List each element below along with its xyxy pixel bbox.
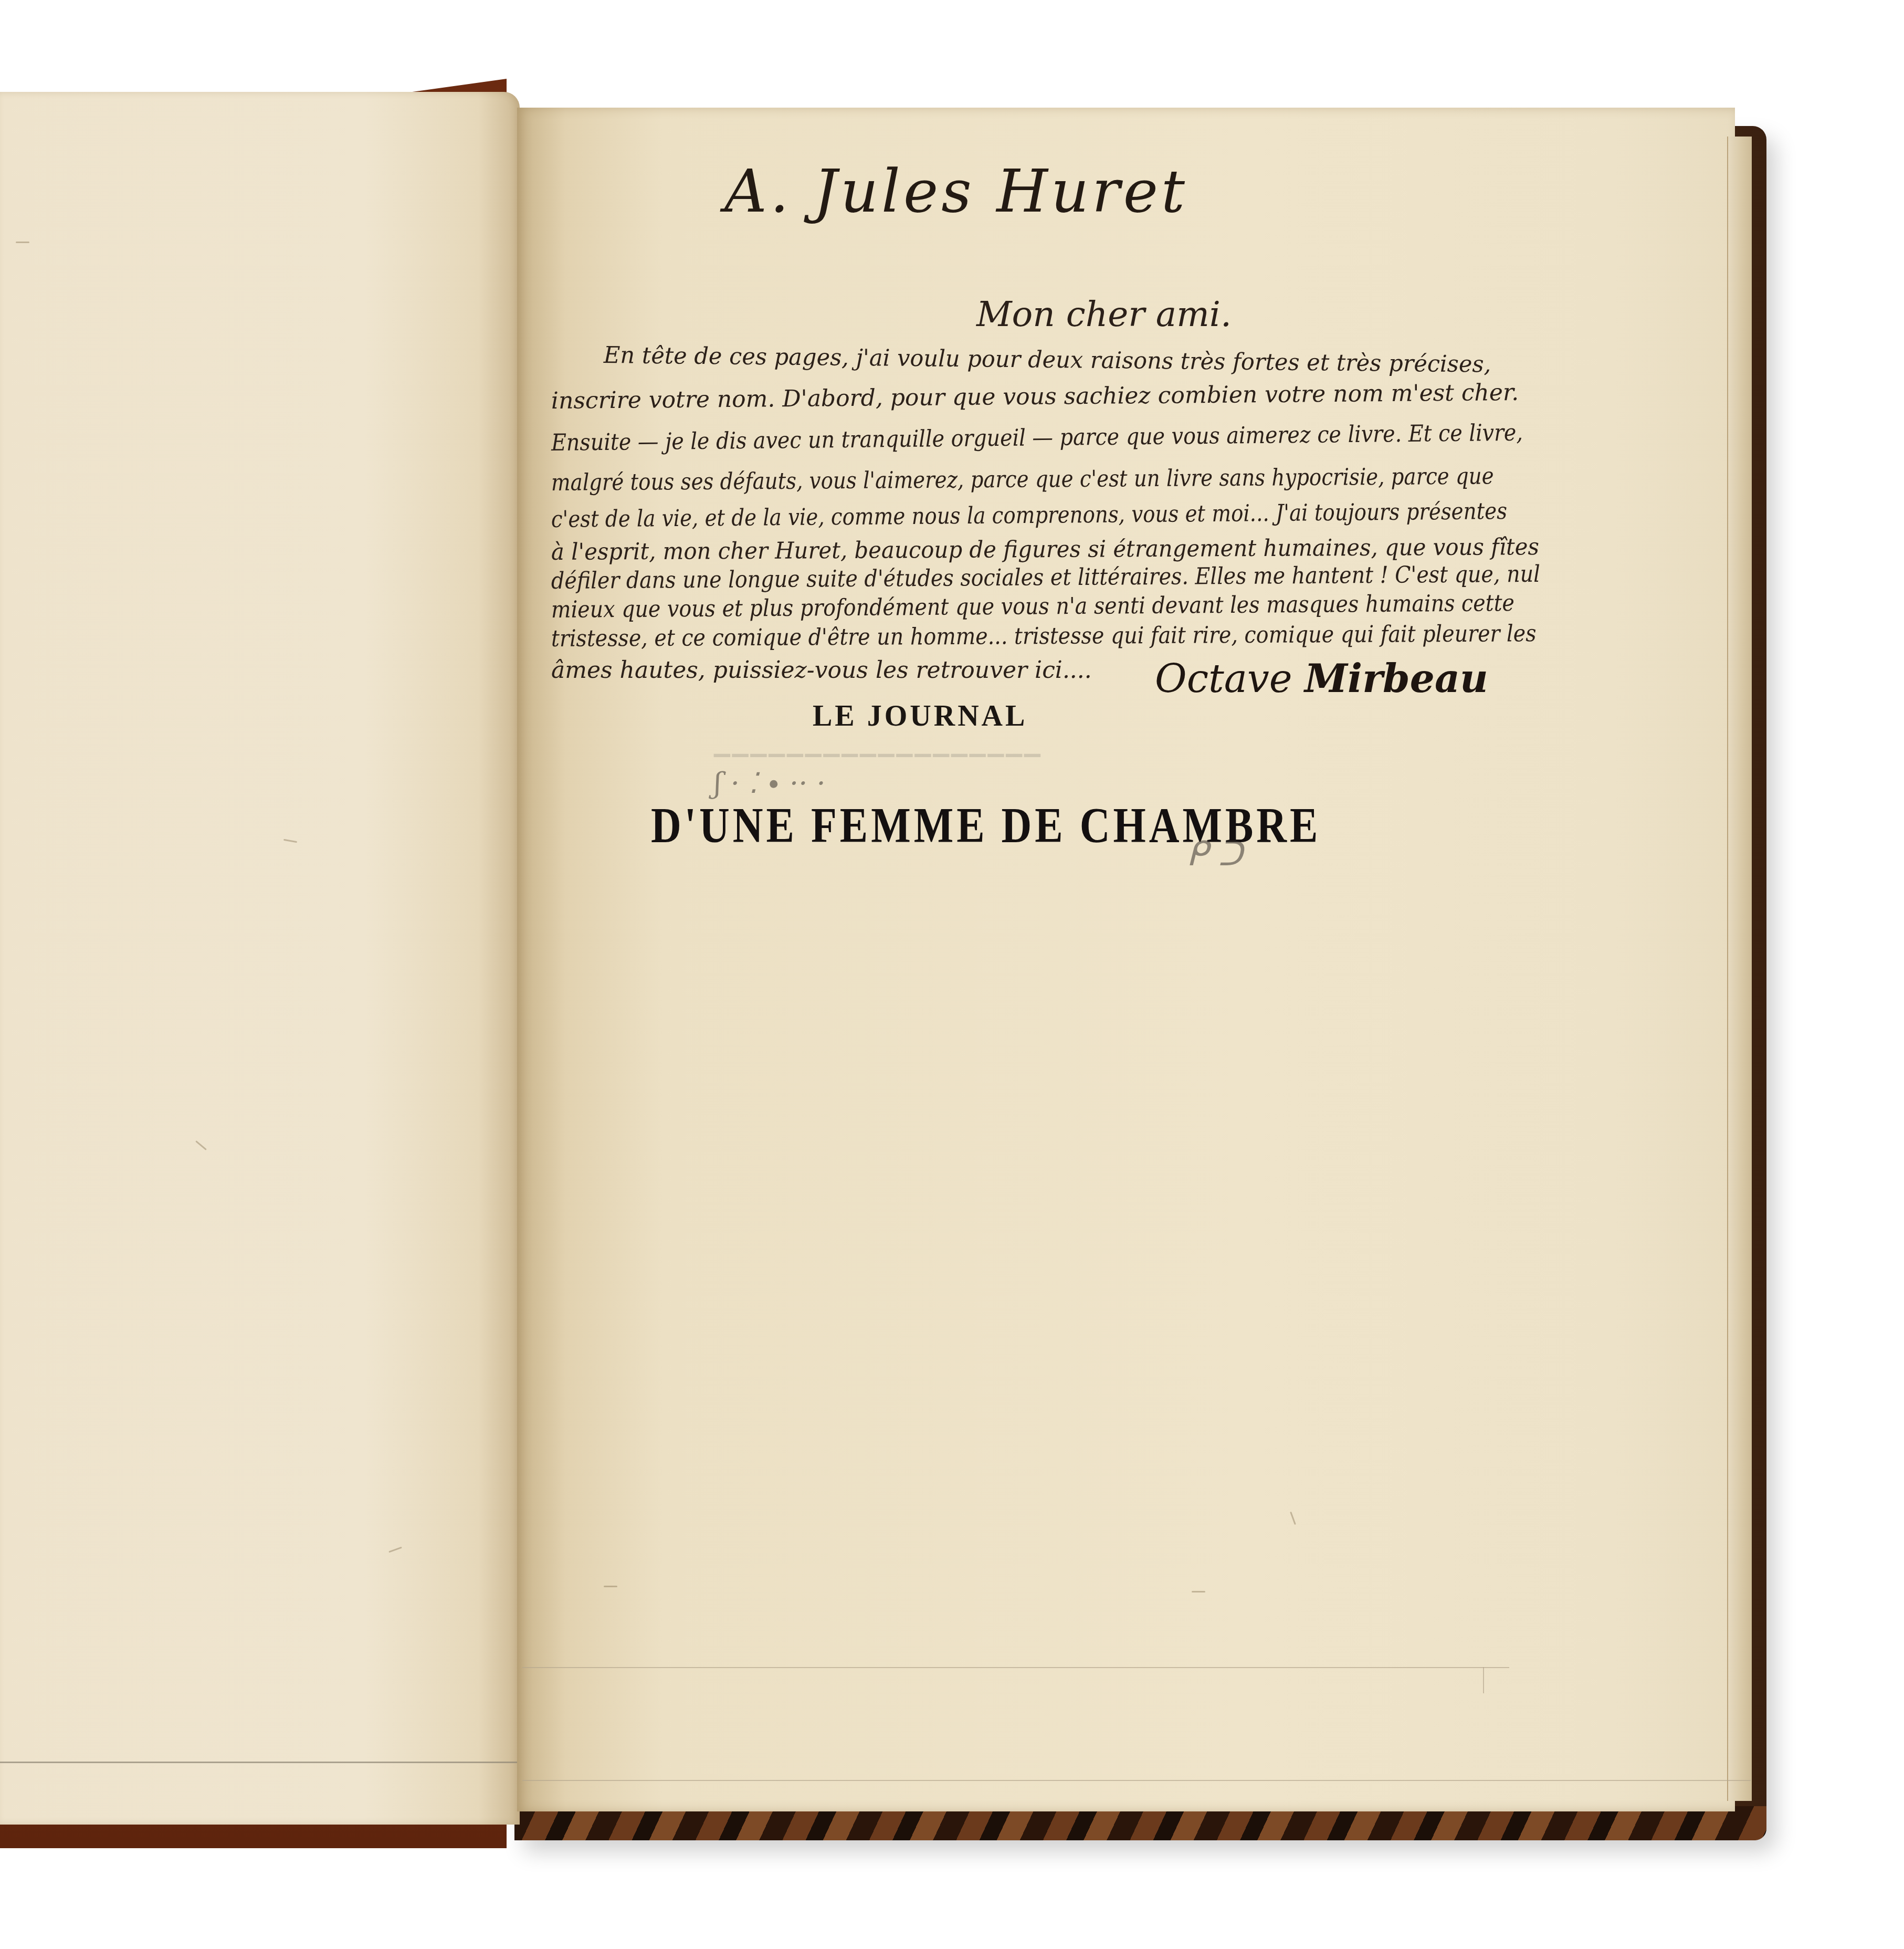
flyleaf-fold-line — [0, 1762, 517, 1763]
left-flyleaf-page — [0, 92, 520, 1825]
signature-surname: Mirbeau — [1305, 656, 1488, 701]
page-plate-line — [522, 1667, 1509, 1668]
page-plate-line — [522, 1780, 1751, 1781]
paper-fibre — [604, 1586, 617, 1587]
page-plate-line — [1483, 1667, 1484, 1693]
author-signature: Octave Mirbeau — [1155, 656, 1488, 701]
inscription-line: tristesse, et ce comique d'être un homme… — [551, 622, 1537, 651]
signature-first-name: Octave — [1155, 656, 1292, 701]
inscription-line: à l'esprit, mon cher Huret, beaucoup de … — [551, 536, 1539, 564]
inscription-line: mieux que vous et plus profondément que … — [551, 592, 1514, 622]
ink-flourish-marks: ᑭ ᑐ — [1186, 835, 1243, 874]
paper-fibre — [16, 242, 29, 243]
inscription-line: malgré tous ses défauts, vous l'aimerez,… — [551, 465, 1494, 495]
inscription-line: défiler dans une longue suite d'études s… — [551, 563, 1540, 593]
inscription-dedication: A. Jules Huret — [724, 158, 1188, 226]
show-through-print: ▁▁▁▁▁▁▁▁▁▁▁▁▁▁▁▁▁▁ — [714, 732, 1043, 757]
paper-fibre — [1192, 1591, 1205, 1592]
inscription-salutation: Mon cher ami. — [976, 294, 1232, 334]
ink-blot-marks: ʃ · ⁚ ∙ ·· · — [714, 767, 826, 800]
inscription-line: âmes hautes, puissiez-vous les retrouver… — [551, 659, 1092, 682]
printed-title-line-1: LE JOURNAL — [813, 699, 1027, 733]
page-block-edge — [1727, 137, 1752, 1801]
